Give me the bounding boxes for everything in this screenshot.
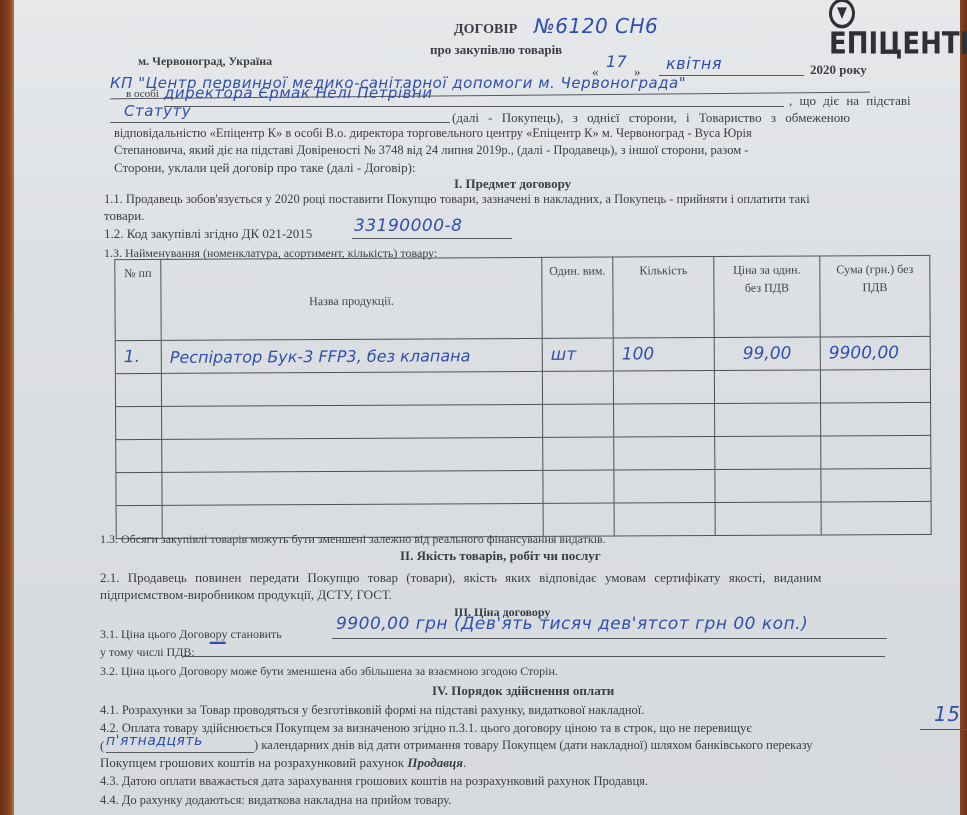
clause-3-2: 3.2. Ціна цього Договору може бути зменш… (100, 664, 558, 679)
section-1-heading: І. Предмет договору (454, 176, 571, 192)
payment-days-number: 15 (934, 702, 960, 726)
buyer-representative: директора Єрмак Нелі Петрівни (164, 84, 433, 102)
epicentr-logo: ▼ЕПІЦЕНТР (829, 0, 967, 62)
procurement-code: 33190000-8 (354, 216, 462, 236)
clause-1-2-label: 1.2. Код закупівлі згідно ДК 021-2015 (104, 226, 312, 242)
clause-1-3-volume: 1.3. Обсяги закупівлі товарів можуть бут… (100, 532, 606, 547)
clause-4-2-continued: ) календарних днів від дати отримання то… (254, 738, 813, 753)
basis-underline (110, 122, 450, 123)
header-unit-price: Ціна за один. без ПДВ (714, 256, 820, 338)
acting-on-basis: , що діє на підставі (789, 93, 911, 109)
table-row: 1. Респіратор Бук-3 FFP3, без клапана шт… (115, 336, 930, 373)
preamble-line-4: відповідальністю «Епіцентр К» в особі В.… (114, 126, 752, 141)
cell-sum: 9900,00 (820, 336, 930, 370)
header-quantity: Кількість (613, 256, 714, 338)
clause-2-1: 2.1. Продавець повинен передати Покупцю … (100, 570, 821, 586)
clause-1-1-continued: товари. (104, 208, 144, 224)
table-row (116, 402, 931, 439)
contract-price: 9900,00 грн (Дев'ять тисяч дев'ятсот грн… (336, 614, 808, 634)
in-person-label: в особі (126, 88, 159, 100)
clause-4-2-end: Покупцем грошових коштів на розрахункови… (100, 755, 466, 771)
contract-number: №6120 СН6 (534, 14, 658, 38)
city: м. Червоноград, Україна (138, 54, 272, 69)
procurement-code-underline (352, 238, 512, 239)
preamble-line-3: (далі - Покупець), з однієї сторони, і Т… (452, 110, 850, 126)
clause-3-1-label: 3.1. Ціна цього Договору становить (100, 627, 282, 642)
table-row (116, 435, 931, 472)
vat-underline (182, 656, 885, 657)
contract-document: ▼ЕПІЦЕНТР ДОГОВІР №6120 СН6 про закупівл… (14, 0, 960, 815)
cell-unit: шт (542, 338, 613, 371)
document-subtitle: про закупівлю товарів (430, 42, 562, 58)
payment-days-words-underline (106, 752, 254, 753)
preamble-line-6: Сторони, уклали цей договір про таке (да… (114, 160, 416, 176)
cell-quantity: 100 (613, 337, 714, 371)
payment-days-underline (920, 729, 967, 730)
table-row (116, 468, 931, 505)
clause-4-3: 4.3. Датою оплати вважається дата зараху… (100, 774, 648, 789)
table-row (115, 369, 930, 406)
payment-days-words: п'ятнадцять (106, 733, 203, 749)
basis-document: Статуту (124, 102, 191, 120)
paren-open: ( (100, 738, 104, 754)
goods-table: № пп Назва продукції. Один. вим. Кількіс… (114, 255, 931, 539)
representative-underline (164, 106, 784, 107)
header-unit: Один. вим. (542, 257, 613, 338)
clause-2-1-continued: підприємством-виробником продукції, ДСТУ… (100, 587, 392, 603)
header-number: № пп (115, 259, 161, 340)
contract-price-underline (332, 638, 887, 639)
date-day: 17 (606, 52, 627, 71)
clause-1-1: 1.1. Продавець зобов'язується у 2020 роц… (104, 192, 810, 207)
table-header-row: № пп Назва продукції. Один. вим. Кількіс… (115, 255, 930, 340)
preamble-line-5: Степановича, який діє на підставі Довіре… (114, 143, 748, 158)
header-product-name: Назва продукції. (161, 257, 542, 340)
epicentr-down-arrow-icon: ▼ (829, 0, 855, 28)
date-month: квітня (666, 54, 722, 73)
cell-number: 1. (115, 340, 161, 373)
cell-product-name: Респіратор Бук-3 FFP3, без клапана (161, 338, 542, 373)
section-2-heading: ІІ. Якість товарів, робіт чи послуг (400, 548, 601, 564)
logo-text: ЕПІЦЕНТР (829, 27, 967, 61)
vat-value: — (209, 632, 228, 653)
date-year: 2020 року (810, 62, 867, 78)
clause-4-1: 4.1. Розрахунки за Товар проводяться у б… (100, 703, 644, 718)
document-title: ДОГОВІР (454, 22, 517, 38)
section-4-heading: IV. Порядок здійснення оплати (432, 683, 614, 699)
cell-unit-price: 99,00 (714, 337, 820, 371)
vat-label: у тому числі ПДВ: (100, 645, 195, 660)
clause-4-4: 4.4. До рахунку додаються: видаткова нак… (100, 793, 451, 808)
header-sum: Сума (грн.) без ПДВ (820, 255, 930, 337)
